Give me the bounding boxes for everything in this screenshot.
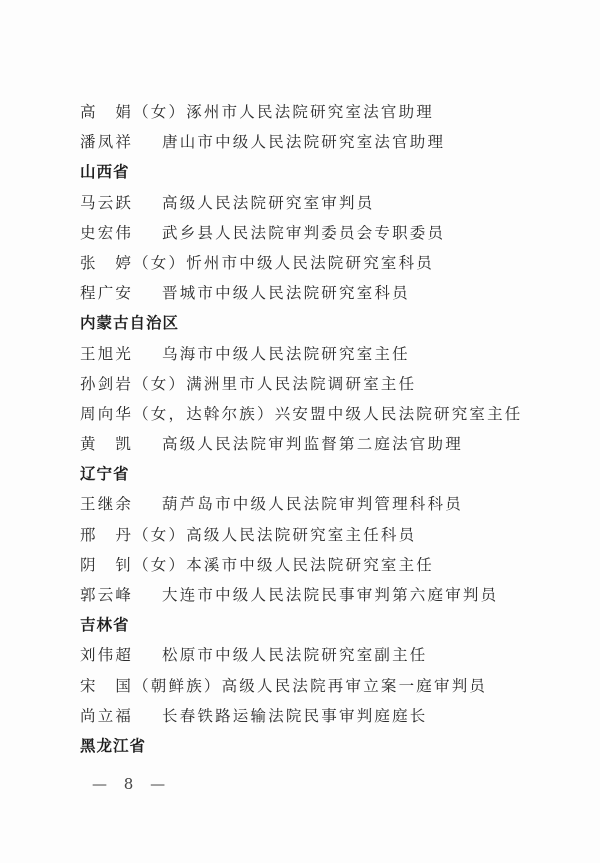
page-number: — 8 —	[92, 775, 171, 793]
list-item: 程广安晋城市中级人民法院研究室科员	[80, 278, 523, 308]
person-position: 高级人民法院研究室审判员	[162, 188, 374, 218]
list-item: 张 婷（女）忻州市中级人民法院研究室科员	[80, 248, 523, 278]
list-item: 周向华（女，达斡尔族）兴安盟中级人民法院研究室主任	[80, 399, 523, 429]
list-item: 王继余葫芦岛市中级人民法院审判管理科科员	[80, 489, 523, 519]
person-name: 潘凤祥	[80, 127, 133, 157]
person-name: 刘伟超	[80, 640, 133, 670]
person-position: 忻州市中级人民法院研究室科员	[186, 254, 434, 272]
person-position: 松原市中级人民法院研究室副主任	[162, 640, 428, 670]
list-item: 潘凤祥唐山市中级人民法院研究室法官助理	[80, 127, 523, 157]
list-item: 阴 钊（女）本溪市中级人民法院研究室主任	[80, 550, 523, 580]
province-heading: 黑龙江省	[80, 731, 523, 761]
list-item: 尚立福长春铁路运输法院民事审判庭庭长	[80, 701, 523, 731]
person-name: 王旭光	[80, 339, 133, 369]
person-name: 王继余	[80, 489, 133, 519]
name-list: 高 娟（女）涿州市人民法院研究室法官助理 潘凤祥唐山市中级人民法院研究室法官助理…	[80, 97, 523, 761]
person-position: 葫芦岛市中级人民法院审判管理科科员	[162, 489, 463, 519]
document-page: 高 娟（女）涿州市人民法院研究室法官助理 潘凤祥唐山市中级人民法院研究室法官助理…	[0, 0, 600, 863]
person-position: 本溪市中级人民法院研究室主任	[186, 556, 434, 574]
person-position: 满洲里市人民法院调研室主任	[186, 375, 416, 393]
person-position: 晋城市中级人民法院研究室科员	[162, 278, 410, 308]
person-name: 邢 丹（女）	[80, 520, 186, 550]
person-name: 阴 钊（女）	[80, 550, 186, 580]
list-item: 王旭光乌海市中级人民法院研究室主任	[80, 339, 523, 369]
person-position: 涿州市人民法院研究室法官助理	[186, 103, 434, 121]
person-name: 孙剑岩（女）	[80, 369, 186, 399]
person-position: 大连市中级人民法院民事审判第六庭审判员	[162, 580, 498, 610]
person-name: 高 娟（女）	[80, 97, 186, 127]
person-name: 周向华（女，达斡尔族）	[80, 399, 275, 429]
list-item: 马云跃高级人民法院研究室审判员	[80, 188, 523, 218]
province-heading: 山西省	[80, 157, 523, 187]
list-item: 邢 丹（女）高级人民法院研究室主任科员	[80, 520, 523, 550]
list-item: 高 娟（女）涿州市人民法院研究室法官助理	[80, 97, 523, 127]
list-item: 宋 国（朝鲜族）高级人民法院再审立案一庭审判员	[80, 671, 523, 701]
person-position: 乌海市中级人民法院研究室主任	[162, 339, 410, 369]
person-position: 高级人民法院审判监督第二庭法官助理	[162, 429, 463, 459]
list-item: 史宏伟武乡县人民法院审判委员会专职委员	[80, 218, 523, 248]
person-name: 史宏伟	[80, 218, 133, 248]
person-position: 兴安盟中级人民法院研究室主任	[275, 405, 523, 423]
province-heading: 内蒙古自治区	[80, 308, 523, 338]
person-name: 郭云峰	[80, 580, 133, 610]
list-item: 刘伟超松原市中级人民法院研究室副主任	[80, 640, 523, 670]
person-position: 武乡县人民法院审判委员会专职委员	[162, 218, 445, 248]
person-name: 宋 国（朝鲜族）	[80, 671, 222, 701]
province-heading: 吉林省	[80, 610, 523, 640]
person-name: 马云跃	[80, 188, 133, 218]
list-item: 孙剑岩（女）满洲里市人民法院调研室主任	[80, 369, 523, 399]
person-name: 黄 凯	[80, 429, 133, 459]
person-position: 高级人民法院再审立案一庭审判员	[222, 677, 488, 695]
person-name: 张 婷（女）	[80, 248, 186, 278]
person-position: 高级人民法院研究室主任科员	[186, 526, 416, 544]
province-heading: 辽宁省	[80, 459, 523, 489]
person-position: 唐山市中级人民法院研究室法官助理	[162, 127, 445, 157]
person-position: 长春铁路运输法院民事审判庭庭长	[162, 701, 428, 731]
list-item: 黄 凯高级人民法院审判监督第二庭法官助理	[80, 429, 523, 459]
person-name: 尚立福	[80, 701, 133, 731]
list-item: 郭云峰大连市中级人民法院民事审判第六庭审判员	[80, 580, 523, 610]
person-name: 程广安	[80, 278, 133, 308]
